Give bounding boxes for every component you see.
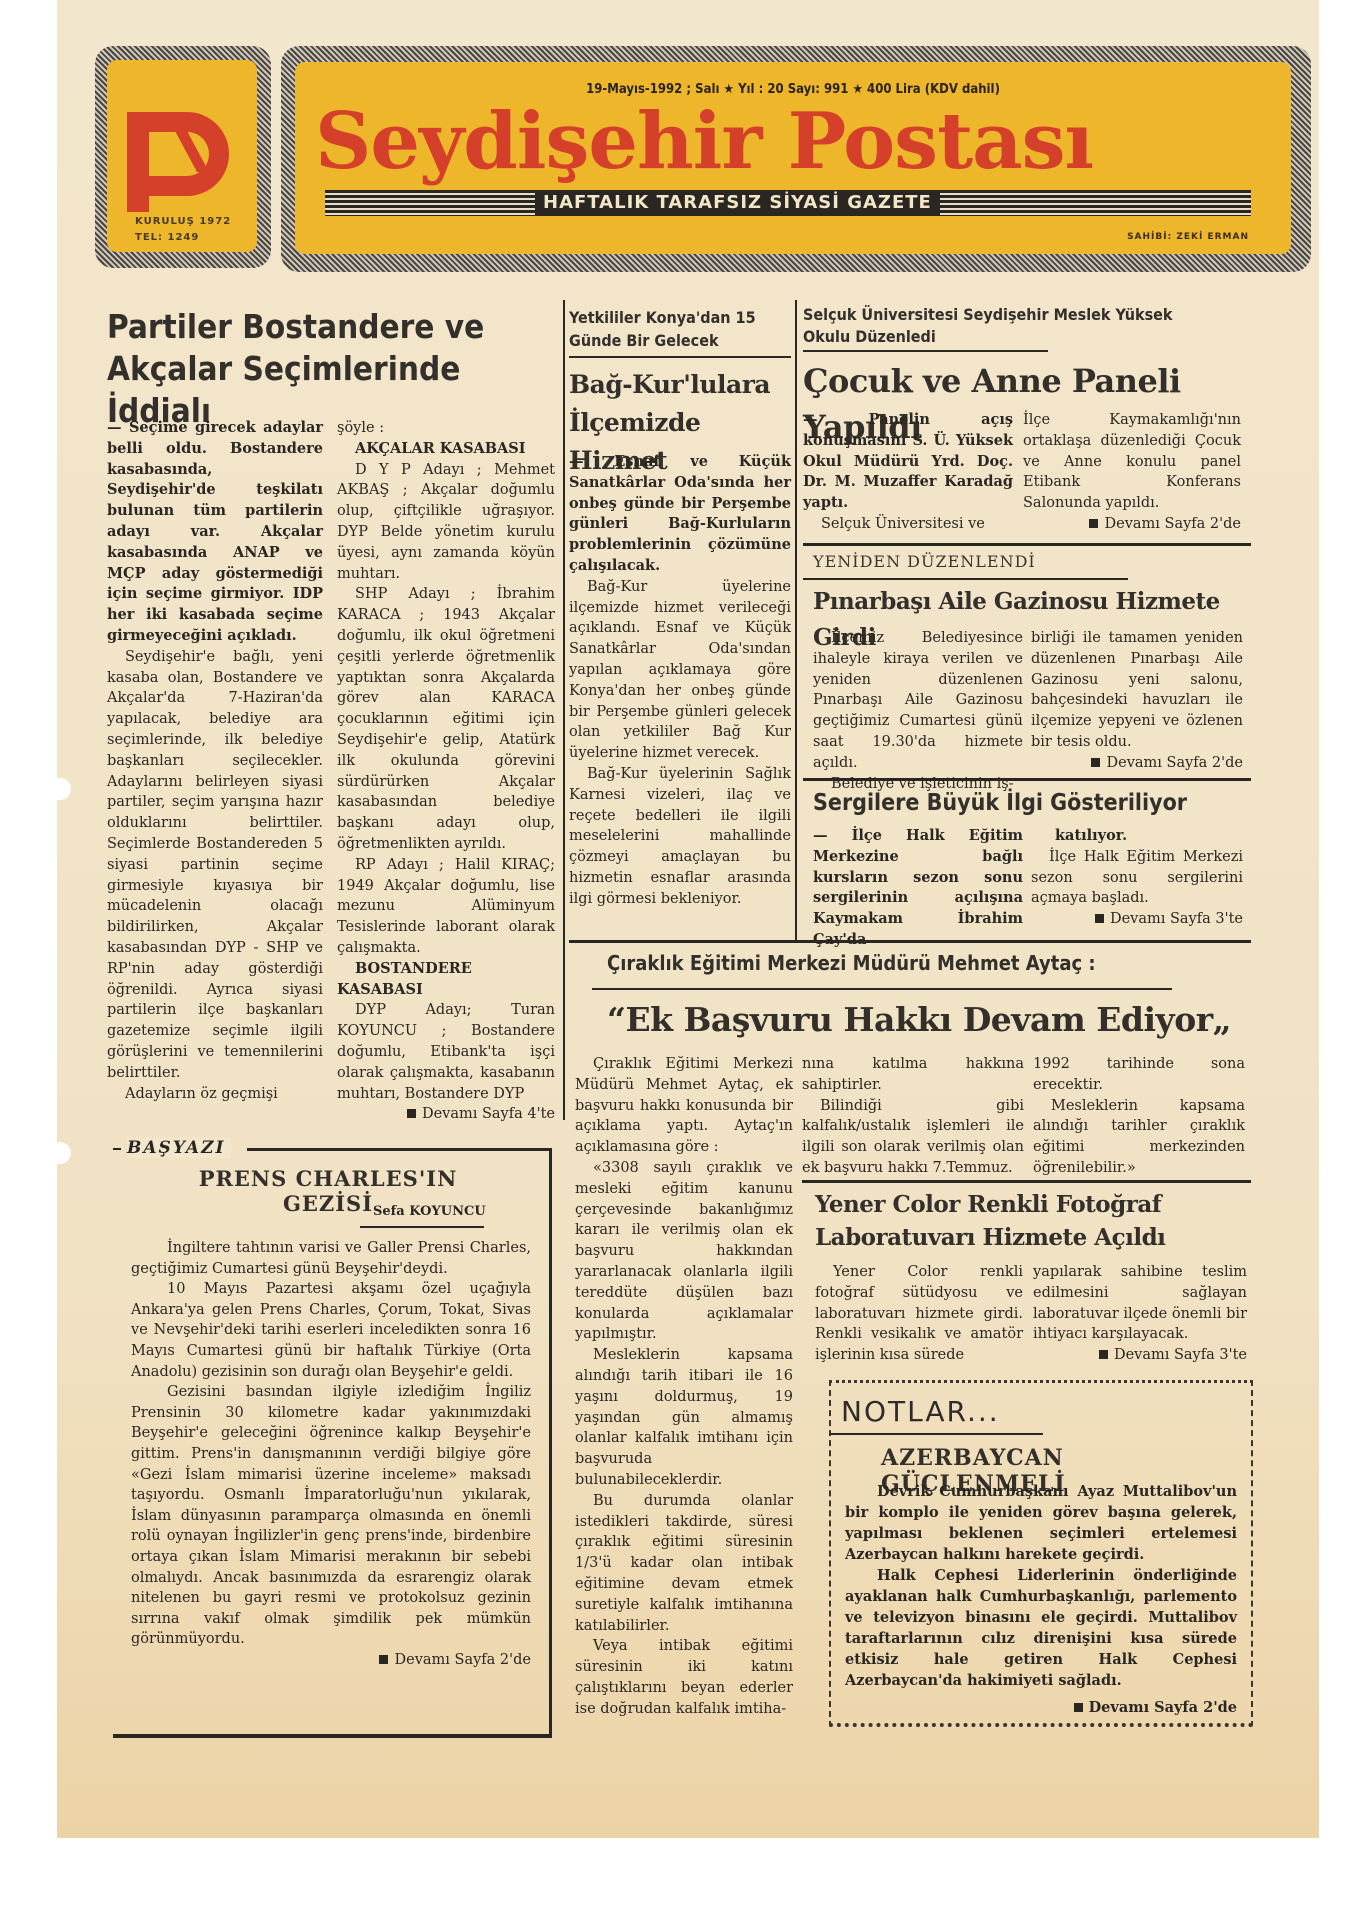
partiler-c2-3: D Y P Adayı ; Mehmet AKBAŞ ; Akçalar doğ…	[337, 460, 555, 585]
gazino-continued-link[interactable]: Devamı Sayfa 2'de	[1031, 753, 1243, 774]
newspaper-title: Seydişehir Postası	[315, 96, 1093, 187]
ciraklik-body-9: Mesleklerin kapsama alındığı tarihler çı…	[1033, 1096, 1245, 1179]
kicker-rule	[803, 350, 1048, 352]
kicker-gazino: YENİDEN DÜZENLENDİ	[813, 552, 1036, 571]
notes-body: Devrik Cumhurbaşkanı Ayaz Muttalibov'un …	[845, 1481, 1237, 1718]
kicker-bagkur: Yetkililer Konya'dan 15 Günde Bir Gelece…	[569, 306, 791, 352]
editorial-section-label: BAŞYAZI	[127, 1138, 231, 1158]
notes-rule	[831, 1433, 1043, 1435]
panel-col-1: — Panelin açış konuşmasını S. Ü. Yüksek …	[803, 410, 1013, 535]
gazino-col-1: İlçemiz Belediyesince ihaleyle kiraya ve…	[813, 628, 1023, 794]
sergi-col-2: katılıyor. İlçe Halk Eğitim Merkezi sezo…	[1031, 826, 1243, 930]
panel-continued-link[interactable]: Devamı Sayfa 2'de	[1023, 514, 1241, 535]
notes-section-label: NOTLAR...	[841, 1395, 1000, 1428]
ciraklik-body-4: Bu durumda olanlar istedikleri takdirde,…	[575, 1491, 793, 1637]
notes-para-1: Devrik Cumhurbaşkanı Ayaz Muttalibov'un …	[845, 1481, 1237, 1565]
partiler-body-2: Adayların öz geçmişi	[107, 1084, 323, 1105]
sergi-continued-link[interactable]: Devamı Sayfa 3'te	[1031, 909, 1243, 930]
sp-logo-icon	[127, 92, 237, 212]
subhead-bostandere: BOSTANDERE KASABASI	[337, 959, 555, 1001]
masthead-panel: 19-Mayıs-1992 ; Salı ★ Yıl : 20 Sayı: 99…	[295, 62, 1291, 254]
sergi-lead-tail: katılıyor.	[1031, 826, 1243, 847]
editorial-body: İngiltere tahtının varisi ve Galler Pren…	[131, 1238, 531, 1670]
partiler-c2-4: SHP Adayı ; İbrahim KARACA ; 1943 Akçala…	[337, 584, 555, 854]
bagkur-body-2: Bağ-Kur üyelerinin Sağlık Karnesi vizele…	[569, 764, 791, 910]
partiler-lead: — Seçime girecek adaylar belli oldu. Bos…	[107, 418, 323, 647]
section-rule	[803, 778, 1251, 781]
ciraklik-body-1: Çıraklık Eğitimi Merkezi Müdürü Mehmet A…	[575, 1054, 793, 1158]
ciraklik-body-8: 1992 tarihinde sona erecektir.	[1033, 1054, 1245, 1096]
punch-hole	[49, 778, 71, 800]
logo-frame: KURULUŞ 1972 TEL: 1249	[95, 46, 271, 268]
square-bullet-icon	[1095, 914, 1104, 923]
sergi-lead: — İlçe Halk Eğitim Merkezine bağlı kursl…	[813, 826, 1023, 951]
bagkur-body-1: Bağ-Kur üyelerine ilçemizde hizmet veril…	[569, 577, 791, 764]
gazino-body-3: birliği ile tamamen yeniden düzenlenen P…	[1031, 628, 1243, 753]
gazino-col-2: birliği ile tamamen yeniden düzenlenen P…	[1031, 628, 1243, 774]
panel-lead: — Panelin açış konuşmasını S. Ü. Yüksek …	[803, 410, 1013, 514]
section-rule	[569, 940, 1251, 943]
ciraklik-col-2: nına katılma hakkına sahiptirler. Bilind…	[802, 1054, 1024, 1179]
section-rule	[803, 543, 1251, 546]
yener-continued-link[interactable]: Devamı Sayfa 3'te	[1033, 1345, 1247, 1366]
partiler-c2-7: DYP Adayı; Turan KOYUNCU ; Bostandere do…	[337, 1000, 555, 1104]
masthead-frame: 19-Mayıs-1992 ; Salı ★ Yıl : 20 Sayı: 99…	[281, 46, 1311, 272]
editorial-para-2: 10 Mayıs Pazartesi akşamı özel uçağıyla …	[131, 1279, 531, 1382]
partiler-col-1: — Seçime girecek adaylar belli oldu. Bos…	[107, 418, 323, 1104]
bagkur-col: — Esnaf ve Küçük Sanatkârlar Oda'sında h…	[569, 452, 791, 910]
notes-box: NOTLAR... AZERBAYCAN GÜÇLENMELİ Devrik C…	[829, 1380, 1253, 1727]
tagline-bar: HAFTALIK TARAFSIZ SİYASİ GAZETE	[325, 190, 1251, 216]
panel-col-2: İlçe Kaymakamlığı'nın ortaklaşa düzenled…	[1023, 410, 1241, 535]
column-divider	[795, 300, 797, 940]
partiler-body-1: Seydişehir'e bağlı, yeni kasaba olan, Bo…	[107, 647, 323, 1084]
kicker-rule	[569, 356, 791, 358]
kicker-rule	[592, 988, 1172, 990]
gazino-body-1: İlçemiz Belediyesince ihaleyle kiraya ve…	[813, 628, 1023, 774]
kicker-ciraklik: Çıraklık Eğitimi Merkezi Müdürü Mehmet A…	[607, 948, 1096, 978]
owner-label: SAHİBİ: ZEKİ ERMAN	[1127, 232, 1249, 242]
sergi-col-1: — İlçe Halk Eğitim Merkezine bağlı kursl…	[813, 826, 1023, 951]
headline-ciraklik: “Ek Başvuru Hakkı Devam Ediyor„	[607, 996, 1231, 1044]
punch-hole	[49, 1142, 71, 1164]
ciraklik-body-2: «3308 sayılı çıraklık ve mesleki eğitim …	[575, 1158, 793, 1345]
editorial-box: BAŞYAZI PRENS CHARLES'IN GEZİSİ Sefa KOY…	[113, 1148, 552, 1738]
square-bullet-icon	[1074, 1703, 1083, 1712]
bagkur-lead: — Esnaf ve Küçük Sanatkârlar Oda'sında h…	[569, 452, 791, 577]
partiler-col-2: şöyle : AKÇALAR KASABASI D Y P Adayı ; M…	[337, 418, 555, 1125]
notes-continued-link[interactable]: Devamı Sayfa 2'de	[845, 1697, 1237, 1718]
square-bullet-icon	[379, 1655, 388, 1664]
yener-body-2: yapılarak sahibine teslim edilmesini sağ…	[1033, 1262, 1247, 1345]
ciraklik-col-1: Çıraklık Eğitimi Merkezi Müdürü Mehmet A…	[575, 1054, 793, 1720]
headline-sergi: Sergilere Büyük İlgi Gösteriliyor	[813, 786, 1253, 820]
kicker-panel: Selçuk Üniversitesi Seydişehir Meslek Yü…	[803, 304, 1213, 348]
square-bullet-icon	[1091, 758, 1100, 767]
editorial-top-rule	[113, 1148, 121, 1150]
column-divider	[563, 300, 565, 1120]
yener-body-1: Yener Color renkli fotoğraf sütüdyosu ve…	[815, 1262, 1023, 1366]
dateline: 19-Mayıs-1992 ; Salı ★ Yıl : 20 Sayı: 99…	[295, 82, 1291, 97]
phone-label: TEL: 1249	[135, 232, 199, 243]
editorial-author: Sefa KOYUNCU	[373, 1204, 486, 1219]
section-rule	[802, 1180, 1251, 1183]
partiler-continued-link[interactable]: Devamı Sayfa 4'te	[337, 1104, 555, 1125]
headline-partiler: Partiler Bostandere ve Akçalar Seçimleri…	[107, 306, 547, 432]
ciraklik-body-6: nına katılma hakkına sahiptirler.	[802, 1054, 1024, 1096]
editorial-top-rule	[247, 1148, 549, 1151]
yener-col-1: Yener Color renkli fotoğraf sütüdyosu ve…	[815, 1262, 1023, 1366]
panel-body-1: Selçuk Üniversitesi ve	[803, 514, 1013, 535]
kicker-rule	[803, 578, 1128, 580]
ciraklik-col-3: 1992 tarihinde sona erecektir. Meslekler…	[1033, 1054, 1245, 1179]
sergi-body: İlçe Halk Eğitim Merkezi sezon sonu serg…	[1031, 847, 1243, 909]
editorial-para-1: İngiltere tahtının varisi ve Galler Pren…	[131, 1238, 531, 1279]
subhead-akcalar: AKÇALAR KASABASI	[337, 439, 555, 460]
partiler-c2-5: RP Adayı ; Halil KIRAÇ; 1949 Akçalar doğ…	[337, 855, 555, 959]
logo-panel: KURULUŞ 1972 TEL: 1249	[107, 60, 257, 252]
ciraklik-body-3: Mesleklerin kapsama alındığı tarih itiba…	[575, 1345, 793, 1491]
panel-body-2: İlçe Kaymakamlığı'nın ortaklaşa düzenled…	[1023, 410, 1241, 514]
newspaper-page: KURULUŞ 1972 TEL: 1249 19-Mayıs-1992 ; S…	[57, 0, 1319, 1838]
yener-col-2: yapılarak sahibine teslim edilmesini sağ…	[1033, 1262, 1247, 1366]
author-rule	[360, 1226, 484, 1228]
square-bullet-icon	[1099, 1350, 1108, 1359]
tagline: HAFTALIK TARAFSIZ SİYASİ GAZETE	[535, 190, 940, 216]
square-bullet-icon	[1089, 519, 1098, 528]
editorial-para-3: Gezisini basından ilgiyle izlediğim İngi…	[131, 1382, 531, 1650]
ciraklik-body-5: Veya intibak eğitimi süresinin iki katın…	[575, 1636, 793, 1719]
notes-para-2: Halk Cephesi Liderlerinin önderliğinde a…	[845, 1565, 1237, 1691]
headline-yener: Yener Color Renkli Fotoğraf Laboratuvarı…	[815, 1188, 1185, 1254]
partiler-c2-1: şöyle :	[337, 418, 555, 439]
square-bullet-icon	[407, 1109, 416, 1118]
editorial-continued-link[interactable]: Devamı Sayfa 2'de	[131, 1650, 531, 1671]
founded-label: KURULUŞ 1972	[135, 216, 231, 227]
ciraklik-body-7: Bilindiği gibi kalfalık/ustalık işlemler…	[802, 1096, 1024, 1179]
